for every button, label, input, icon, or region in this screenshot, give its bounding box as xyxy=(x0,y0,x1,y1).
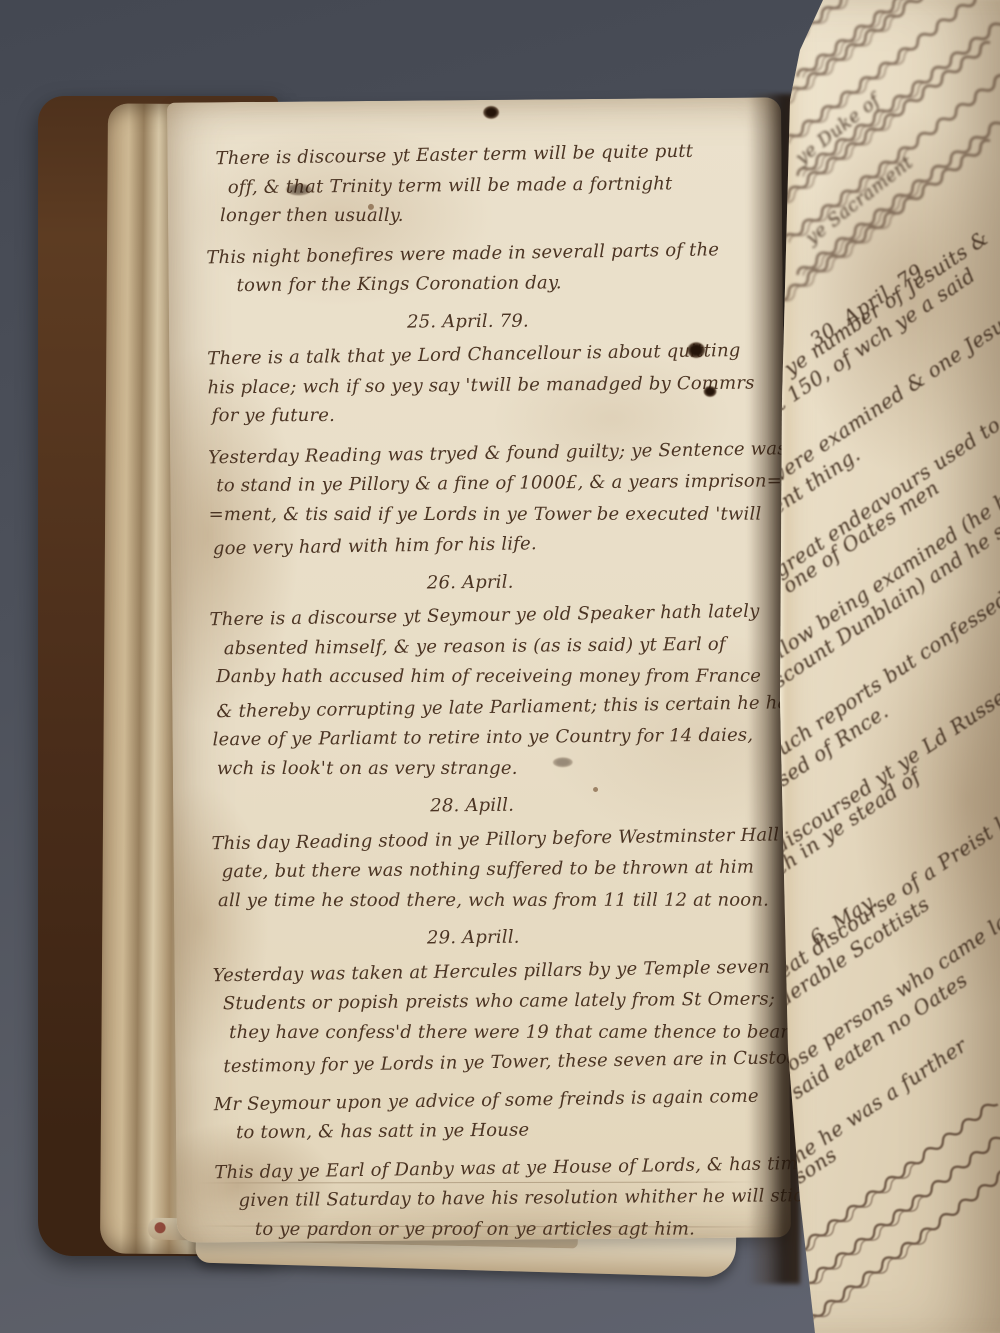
ink-blot xyxy=(704,386,717,397)
left-page-text: There is discourse yt Easter term will b… xyxy=(205,137,777,1254)
manuscript-line: for ye future. xyxy=(212,401,770,432)
date-heading: 25. April. 79. xyxy=(207,304,729,339)
manuscript-paragraph: This day Reading stood in ye Pillory bef… xyxy=(211,822,774,918)
foxing-speck xyxy=(368,204,374,210)
manuscript-photo: There is discourse yt Easter term will b… xyxy=(0,0,1000,1333)
manuscript-line: by ye number of Jesuits & xyxy=(753,225,993,397)
manuscript-paragraph: Mr Seymour upon ye advice of some freind… xyxy=(214,1083,777,1149)
manuscript-line: Danby hath accused him of receiveing mon… xyxy=(216,662,772,693)
manuscript-paragraph: Yesterday Reading was tryed & found guil… xyxy=(208,436,771,563)
manuscript-paragraph: This day ye Earl of Danby was at ye Hous… xyxy=(214,1151,777,1247)
manuscript-line: they have confess'd there were 19 that c… xyxy=(229,1017,775,1048)
manuscript-line: to ye pardon or ye proof on ye articles … xyxy=(255,1214,777,1245)
manuscript-line: goe very hard with him for his life. xyxy=(213,526,771,565)
manuscript-line: wch is look't on as very strange. xyxy=(217,753,773,784)
right-page-text: 30. April. 79.by ye number of Jesuits &a… xyxy=(778,0,1000,1333)
illegible-writing xyxy=(783,1095,1000,1264)
date-heading: 26. April. xyxy=(209,565,731,600)
ink-blot xyxy=(483,106,499,119)
right-page: ye Duke ofye Sacrament 30. April. 79.by … xyxy=(778,0,1000,1333)
left-page: There is discourse yt Easter term will b… xyxy=(167,97,791,1242)
manuscript-paragraph: This night bonefires were made in severa… xyxy=(206,236,769,302)
foxing-speck xyxy=(593,787,598,792)
illegible-writing xyxy=(799,1161,1000,1330)
manuscript-line: longer then usually. xyxy=(220,201,768,232)
manuscript-line: all ye time he stood there, wch was from… xyxy=(218,885,774,916)
manuscript-line: =ment, & tis said if ye Lords in ye Towe… xyxy=(209,499,771,530)
manuscript-line: testimony for ye Lords in ye Tower, thes… xyxy=(223,1044,775,1083)
ink-blot xyxy=(687,342,705,358)
manuscript-paragraph: There is a talk that ye Lord Chancellour… xyxy=(207,337,770,433)
date-heading: 29. Aprill. xyxy=(212,921,734,956)
date-heading: 28. Apill. xyxy=(211,789,733,824)
manuscript-paragraph: There is a discourse yt Seymour ye old S… xyxy=(209,598,773,786)
manuscript-paragraph: Yesterday was taken at Hercules pillars … xyxy=(213,954,776,1081)
